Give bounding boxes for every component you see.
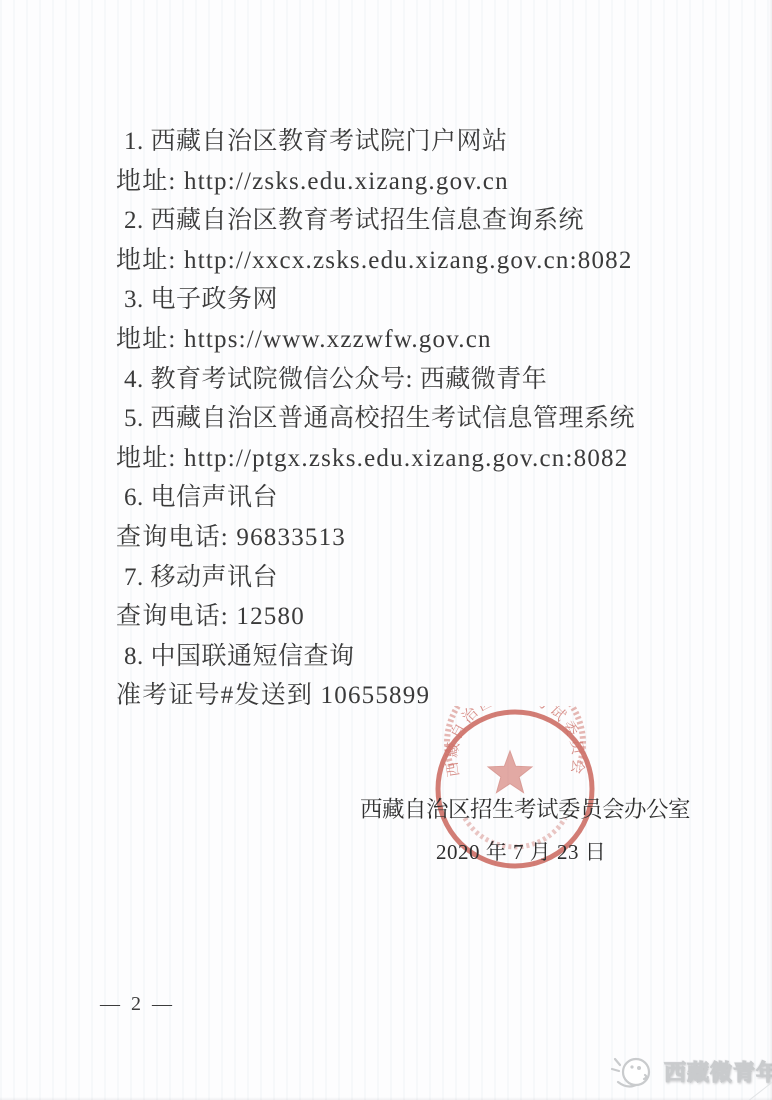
text-line: 查询电话: 96833513 [116,518,676,558]
text-line: 地址: http://xxcx.zsks.edu.xizang.gov.cn:8… [116,241,676,281]
seal-star-icon [488,751,532,793]
text-line: 地址: https://www.xzzwfw.gov.cn [116,320,676,360]
page-number: — 2 — [100,993,175,1016]
text-line: 4. 教育考试院微信公众号: 西藏微青年 [124,360,676,400]
text-line: 3. 电子政务网 [124,280,676,320]
signature-office: 西藏自治区招生考试委员会办公室 [360,792,690,824]
text-line: 6. 电信声讯台 [124,478,676,518]
text-line: 8. 中国联通短信查询 [124,637,676,677]
text-line: 地址: http://ptgx.zsks.edu.xizang.gov.cn:8… [116,439,676,479]
scanned-document-page: 1. 西藏自治区教育考试院门户网站 地址: http://zsks.edu.xi… [0,0,772,1100]
signature-date: 2020 年 7 月 23 日 [436,836,592,866]
text-line: 2. 西藏自治区教育考试招生信息查询系统 [124,201,676,241]
text-line: 5. 西藏自治区普通高校招生考试信息管理系统 [124,399,676,439]
watermark: 西藏微青年 [608,1052,772,1090]
bird-logo-icon [608,1052,656,1090]
text-line: 地址: http://zsks.edu.xizang.gov.cn [116,162,676,202]
text-line: 查询电话: 12580 [116,597,676,637]
watermark-label: 西藏微青年 [664,1056,772,1087]
body-text: 1. 西藏自治区教育考试院门户网站 地址: http://zsks.edu.xi… [116,122,676,716]
text-line: 1. 西藏自治区教育考试院门户网站 [124,122,676,162]
text-line: 7. 移动声讯台 [124,558,676,598]
